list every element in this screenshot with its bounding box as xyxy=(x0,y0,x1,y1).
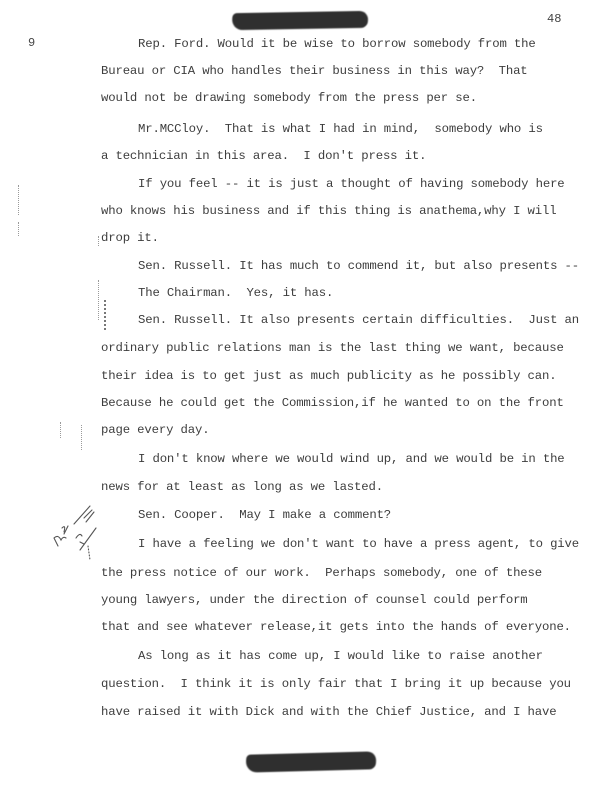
transcript-line: I don't know where we would wind up, and… xyxy=(138,452,565,466)
transcript-line: that and see whatever release,it gets in… xyxy=(101,620,571,634)
margin-mark xyxy=(18,185,19,215)
transcript-line: Sen. Cooper. May I make a comment? xyxy=(138,508,391,522)
margin-mark xyxy=(98,236,99,246)
margin-mark xyxy=(81,425,82,450)
transcript-line: a technician in this area. I don't press… xyxy=(101,149,426,163)
transcript-line: Sen. Russell. It has much to commend it,… xyxy=(138,259,579,273)
transcript-line: page every day. xyxy=(101,423,209,437)
handwritten-initials-icon xyxy=(44,498,124,578)
redaction-bar-top xyxy=(231,11,369,30)
margin-mark xyxy=(98,280,99,320)
transcript-line: would not be drawing somebody from the p… xyxy=(101,91,477,105)
transcript-line: who knows his business and if this thing… xyxy=(101,204,556,218)
transcript-line: As long as it has come up, I would like … xyxy=(138,649,543,663)
transcript-line: news for at least as long as we lasted. xyxy=(101,480,383,494)
transcript-line: question. I think it is only fair that I… xyxy=(101,677,571,691)
transcript-line: If you feel -- it is just a thought of h… xyxy=(138,177,565,191)
transcript-line: Sen. Russell. It also presents certain d… xyxy=(138,313,579,327)
redaction-bar-bottom xyxy=(245,751,377,772)
transcript-line: Because he could get the Commission,if h… xyxy=(101,396,564,410)
transcript-line: drop it. xyxy=(101,231,159,245)
margin-mark xyxy=(104,300,106,330)
line-number: 9 xyxy=(28,36,35,50)
page-number: 48 xyxy=(547,12,561,26)
transcript-line: Rep. Ford. Would it be wise to borrow so… xyxy=(138,37,536,51)
transcript-line: ordinary public relations man is the las… xyxy=(101,341,564,355)
transcript-line: young lawyers, under the direction of co… xyxy=(101,593,528,607)
transcript-line: The Chairman. Yes, it has. xyxy=(138,286,333,300)
margin-mark xyxy=(60,422,61,438)
transcript-line: have raised it with Dick and with the Ch… xyxy=(101,705,556,719)
transcript-line: the press notice of our work. Perhaps so… xyxy=(101,566,542,580)
margin-mark xyxy=(18,222,19,236)
transcript-line: Mr.MCCloy. That is what I had in mind, s… xyxy=(138,122,543,136)
transcript-line: their idea is to get just as much public… xyxy=(101,369,556,383)
transcript-line: Bureau or CIA who handles their business… xyxy=(101,64,528,78)
document-page: 48 9 Rep. Ford. Would it be wise to borr… xyxy=(0,0,612,791)
transcript-line: I have a feeling we don't want to have a… xyxy=(138,537,579,551)
